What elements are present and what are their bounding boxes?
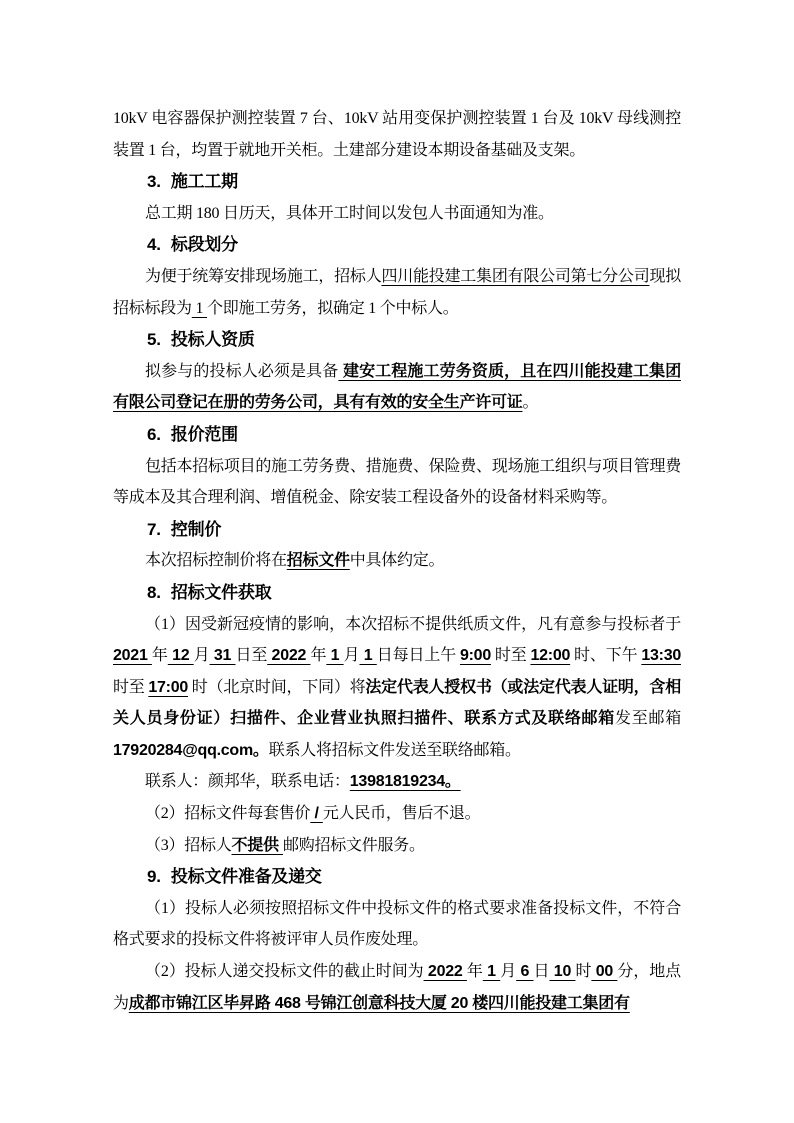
text-run: 9. [147, 867, 161, 886]
text-run: （2）招标文件每套售价 [145, 805, 310, 822]
text-run: 发至邮箱 [615, 710, 681, 727]
text-run: 投标人资质 [171, 330, 255, 349]
text-run: 1 [326, 647, 343, 664]
text-run: 投标文件准备及递交 [171, 867, 322, 886]
text-run: 时、下午 [570, 647, 641, 664]
text-run: （3）招标人 [145, 837, 232, 854]
text-run: 6 [516, 963, 533, 980]
text-run: 招标文件获取 [171, 583, 272, 602]
text-run: 3. [147, 172, 161, 191]
paragraph: 总工期 180 日历天，具体开工时间以发包人书面通知为准。 [113, 198, 681, 230]
document-page: 10kV 电容器保护测控装置 7 台、10kV 站用变保护测控装置 1 台及 1… [0, 0, 794, 1123]
text-run: 控制价 [171, 520, 221, 539]
text-run: 联系人：颜邦华，联系电话： [145, 773, 350, 790]
text-run: 不提供 [232, 837, 283, 854]
text-run: 00 [591, 963, 617, 980]
text-run: 5. [147, 330, 161, 349]
text-run: 12:00 [530, 647, 570, 664]
text-run: 中具体约定。 [350, 552, 445, 569]
text-run: 月 [500, 963, 516, 980]
text-run: 日 [534, 963, 550, 980]
text-run: 31 [210, 647, 236, 664]
text-run: 月 [344, 647, 360, 664]
text-run: 2021 [113, 647, 152, 664]
text-run: 年 [310, 647, 326, 664]
paragraph: （3）招标人不提供 邮购招标文件服务。 [113, 830, 681, 862]
text-run: 时至 [491, 647, 530, 664]
text-run: 。 [523, 394, 539, 411]
paragraph: （2）投标人递交投标文件的截止时间为 2022 年 1 月 6 日 10 时 0… [113, 956, 681, 1019]
text-run: 本次招标控制价将在 [145, 552, 287, 569]
paragraph: （1）因受新冠疫情的影响，本次招标不提供纸质文件，凡有意参与投标者于 2021 … [113, 609, 681, 767]
text-run: 17:00 [148, 679, 188, 696]
text-run: 成都市锦江区毕昇路 468 号锦江创意科技大厦 20 楼四川能投建工集团有 [129, 995, 630, 1012]
text-run: 标段划分 [171, 235, 238, 254]
section-heading: 7.控制价 [113, 514, 681, 546]
text-run: 7. [147, 520, 161, 539]
paragraph: 为便于统筹安排现场施工，招标人四川能投建工集团有限公司第七分公司现拟招标标段为 … [113, 261, 681, 324]
text-run: 17920284@qq.com。 [113, 742, 269, 759]
text-run: （2）投标人递交投标文件的截止时间为 [145, 963, 424, 980]
text-run: 招标文件 [287, 552, 350, 569]
text-run: 12 [168, 647, 194, 664]
text-run: 时（北京时间，下同）将 [188, 679, 365, 696]
text-run: 邮购招标文件服务。 [283, 837, 425, 854]
text-run: 为便于统筹安排现场施工，招标人 [145, 268, 381, 285]
text-run: 年 [467, 963, 483, 980]
text-run: 元人民币，售后不退。 [323, 805, 481, 822]
section-heading: 6.报价范围 [113, 419, 681, 451]
text-run: 6. [147, 425, 161, 444]
section-heading: 9.投标文件准备及递交 [113, 861, 681, 893]
text-run: 报价范围 [171, 425, 238, 444]
section-heading: 3.施工工期 [113, 166, 681, 198]
text-run: 1 [359, 647, 376, 664]
text-run: （1）投标人必须按照招标文件中投标文件的格式要求准备投标文件，不符合格式要求的投… [113, 900, 681, 949]
paragraph: （1）投标人必须按照招标文件中投标文件的格式要求准备投标文件，不符合格式要求的投… [113, 893, 681, 956]
text-run: （1）因受新冠疫情的影响，本次招标不提供纸质文件，凡有意参与投标者于 [145, 616, 681, 633]
text-run: 1 [483, 963, 500, 980]
text-run: 总工期 180 日历天，具体开工时间以发包人书面通知为准。 [145, 205, 554, 222]
text-run: 2022 [267, 647, 310, 664]
text-run: 个即施工劳务，拟确定 1 个中标人。 [207, 300, 459, 317]
text-run: 13:30 [641, 647, 681, 664]
text-run: 施工工期 [171, 172, 238, 191]
text-run: 年 [152, 647, 168, 664]
text-run: 日至 [236, 647, 268, 664]
text-run: 4. [147, 235, 161, 254]
paragraph: （2）招标文件每套售价 / 元人民币，售后不退。 [113, 798, 681, 830]
text-run: 8. [147, 583, 161, 602]
paragraph: 包括本招标项目的施工劳务费、措施费、保险费、现场施工组织与项目管理费等成本及其合… [113, 451, 681, 514]
text-run: 1 [192, 300, 207, 317]
text-run: 13981819234。 [350, 773, 461, 790]
text-run: 联系人将招标文件发送至联络邮箱。 [269, 742, 521, 759]
text-run: 时 [575, 963, 591, 980]
text-run: 2022 [424, 963, 467, 980]
text-run: 时至 [113, 679, 148, 696]
section-heading: 4.标段划分 [113, 229, 681, 261]
paragraph: 拟参与的投标人必须是具备 建安工程施工劳务资质，且在四川能投建工集团有限公司登记… [113, 356, 681, 419]
text-run: 拟参与的投标人必须是具备 [145, 363, 338, 380]
text-run: 月 [194, 647, 210, 664]
text-run: 9:00 [460, 647, 491, 664]
paragraph: 联系人：颜邦华，联系电话：13981819234。 [113, 766, 681, 798]
section-heading: 8.招标文件获取 [113, 577, 681, 609]
section-heading: 5.投标人资质 [113, 324, 681, 356]
text-run: 10 [549, 963, 575, 980]
text-run: 10kV 电容器保护测控装置 7 台、10kV 站用变保护测控装置 1 台及 1… [113, 110, 681, 159]
text-run: 包括本招标项目的施工劳务费、措施费、保险费、现场施工组织与项目管理费等成本及其合… [113, 458, 681, 507]
paragraph: 10kV 电容器保护测控装置 7 台、10kV 站用变保护测控装置 1 台及 1… [113, 103, 681, 166]
paragraph: 本次招标控制价将在招标文件中具体约定。 [113, 545, 681, 577]
text-run: 日每日上午 [377, 647, 460, 664]
text-run: 四川能投建工集团有限公司第七分公司 [381, 268, 649, 285]
text-run: / [310, 805, 323, 822]
